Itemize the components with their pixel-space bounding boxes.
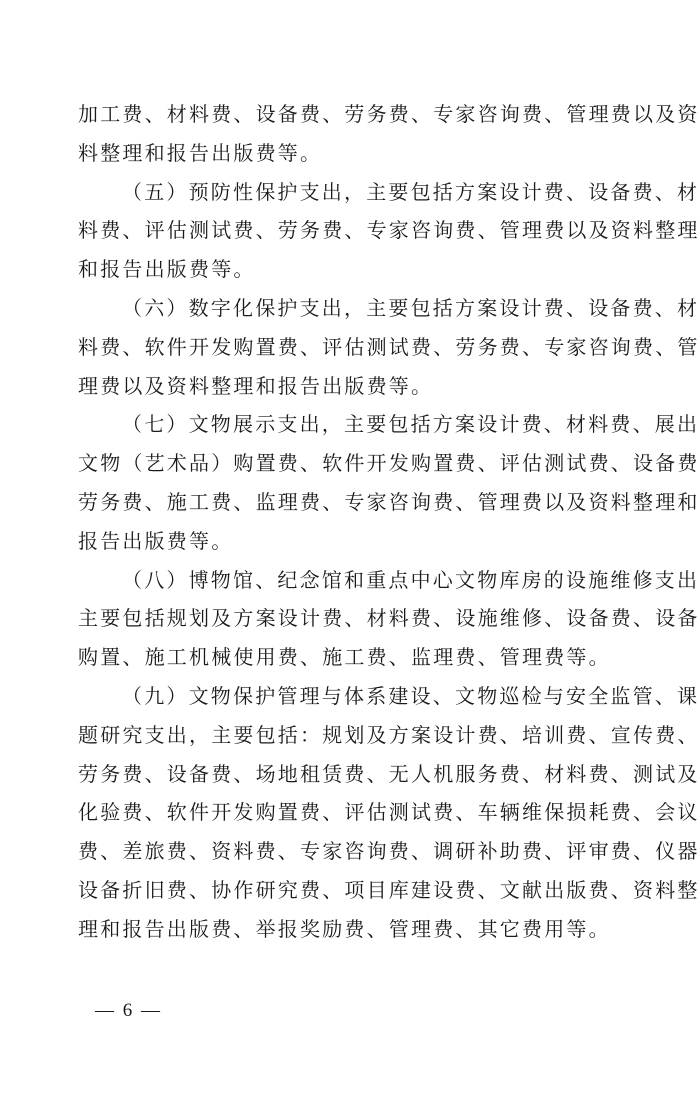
- text-line: （七）文物展示支出，主要包括方案设计费、材料费、展出: [78, 405, 634, 444]
- paragraph-item-9: （九）文物保护管理与体系建设、文物巡检与安全监管、课 题研究支出，主要包括：规划…: [78, 677, 634, 949]
- paragraph-item-7: （七）文物展示支出，主要包括方案设计费、材料费、展出 文物（艺术品）购置费、软件…: [78, 405, 634, 560]
- text-line: 设备折旧费、协作研究费、项目库建设费、文献出版费、资料整: [78, 871, 634, 910]
- paragraph-item-6: （六）数字化保护支出，主要包括方案设计费、设备费、材 料费、软件开发购置费、评估…: [78, 289, 634, 405]
- text-line: 料整理和报告出版费等。: [78, 134, 634, 173]
- text-line: 题研究支出，主要包括：规划及方案设计费、培训费、宣传费、: [78, 716, 634, 755]
- text-line: （五）预防性保护支出，主要包括方案设计费、设备费、材: [78, 173, 634, 212]
- text-line: 报告出版费等。: [78, 522, 634, 561]
- paragraph-continuation: 加工费、材料费、设备费、劳务费、专家咨询费、管理费以及资 料整理和报告出版费等。: [78, 95, 634, 173]
- text-line: （六）数字化保护支出，主要包括方案设计费、设备费、材: [78, 289, 634, 328]
- paragraph-item-8: （八）博物馆、纪念馆和重点中心文物库房的设施维修支出， 主要包括规划及方案设计费…: [78, 561, 634, 677]
- text-line: （九）文物保护管理与体系建设、文物巡检与安全监管、课: [78, 677, 634, 716]
- text-line: 劳务费、设备费、场地租赁费、无人机服务费、材料费、测试及: [78, 755, 634, 794]
- text-line: 加工费、材料费、设备费、劳务费、专家咨询费、管理费以及资: [78, 95, 634, 134]
- text-line: （八）博物馆、纪念馆和重点中心文物库房的设施维修支出，: [78, 561, 634, 600]
- text-line: 理和报告出版费、举报奖励费、管理费、其它费用等。: [78, 910, 634, 949]
- text-line: 理费以及资料整理和报告出版费等。: [78, 367, 634, 406]
- text-line: 和报告出版费等。: [78, 250, 634, 289]
- paragraph-item-5: （五）预防性保护支出，主要包括方案设计费、设备费、材 料费、评估测试费、劳务费、…: [78, 173, 634, 289]
- text-line: 料费、软件开发购置费、评估测试费、劳务费、专家咨询费、管: [78, 328, 634, 367]
- text-line: 购置、施工机械使用费、施工费、监理费、管理费等。: [78, 638, 634, 677]
- document-page: 加工费、材料费、设备费、劳务费、专家咨询费、管理费以及资 料整理和报告出版费等。…: [0, 0, 700, 1104]
- document-body: 加工费、材料费、设备费、劳务费、专家咨询费、管理费以及资 料整理和报告出版费等。…: [78, 95, 634, 949]
- text-line: 主要包括规划及方案设计费、材料费、设施维修、设备费、设备: [78, 599, 634, 638]
- text-line: 料费、评估测试费、劳务费、专家咨询费、管理费以及资料整理: [78, 211, 634, 250]
- text-line: 劳务费、施工费、监理费、专家咨询费、管理费以及资料整理和: [78, 483, 634, 522]
- text-line: 文物（艺术品）购置费、软件开发购置费、评估测试费、设备费、: [78, 444, 634, 483]
- text-line: 化验费、软件开发购置费、评估测试费、车辆维保损耗费、会议: [78, 793, 634, 832]
- text-line: 费、差旅费、资料费、专家咨询费、调研补助费、评审费、仪器: [78, 832, 634, 871]
- page-number: — 6 —: [95, 1000, 162, 1022]
